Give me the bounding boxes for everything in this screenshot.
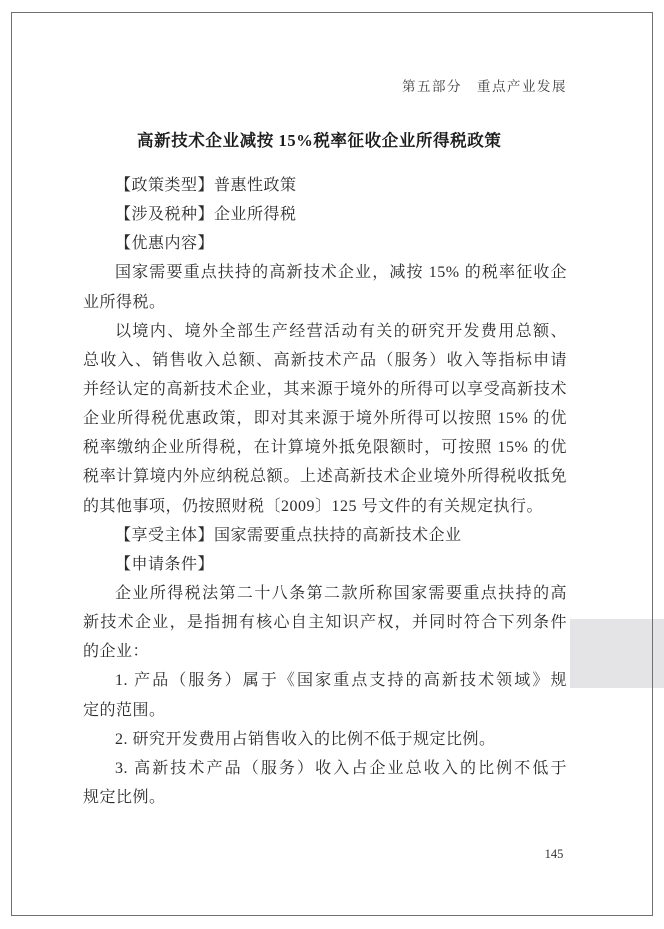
text-line: 税率计算境内外应纳税总额。上述高新技术企业境外所得税收抵免 (83, 462, 567, 491)
text-line: 【涉及税种】企业所得税 (83, 200, 567, 229)
text-line: 业所得税。 (83, 288, 567, 317)
text-line: 【享受主体】国家需要重点扶持的高新技术企业 (83, 521, 567, 550)
text-line: 1. 产品（服务）属于《国家重点支持的高新技术领域》规 (83, 666, 567, 695)
text-line: 国家需要重点扶持的高新技术企业，减按 15% 的税率征收企 (83, 258, 567, 287)
text-line: 税率缴纳企业所得税，在计算境外抵免限额时，可按照 15% 的优惠 (83, 433, 567, 462)
text-line: 总收入、销售收入总额、高新技术产品（服务）收入等指标申请 (83, 346, 567, 375)
text-line: 定的范围。 (83, 696, 567, 725)
text-line: 【申请条件】 (83, 550, 567, 579)
text-line: 以境内、境外全部生产经营活动有关的研究开发费用总额、 (83, 317, 567, 346)
text-line: 的企业： (83, 637, 567, 666)
text-line: 【政策类型】普惠性政策 (83, 171, 567, 200)
text-line: 【优惠内容】 (83, 229, 567, 258)
text-line: 规定比例。 (83, 783, 567, 812)
text-line: 并经认定的高新技术企业，其来源于境外的所得可以享受高新技术 (83, 375, 567, 404)
text-line: 新技术企业，是指拥有核心自主知识产权，并同时符合下列条件 (83, 608, 567, 637)
page-title: 高新技术企业减按 15%税率征收企业所得税政策 (83, 129, 567, 153)
running-header: 第五部分 重点产业发展 (83, 78, 567, 96)
document-page: 第五部分 重点产业发展 高新技术企业减按 15%税率征收企业所得税政策 【政策类… (0, 0, 664, 929)
text-line: 的其他事项，仍按照财税〔2009〕125 号文件的有关规定执行。 (83, 492, 567, 521)
text-line: 企业所得税法第二十八条第二款所称国家需要重点扶持的高 (83, 579, 567, 608)
text-line: 企业所得税优惠政策，即对其来源于境外所得可以按照 15% 的优惠 (83, 404, 567, 433)
page-number: 145 (532, 846, 576, 863)
text-line: 3. 高新技术产品（服务）收入占企业总收入的比例不低于 (83, 754, 567, 783)
body-text-block: 【政策类型】普惠性政策 【涉及税种】企业所得税 【优惠内容】 国家需要重点扶持的… (83, 171, 567, 812)
page-edge-tab (570, 619, 664, 688)
text-line: 2. 研究开发费用占销售收入的比例不低于规定比例。 (83, 725, 567, 754)
